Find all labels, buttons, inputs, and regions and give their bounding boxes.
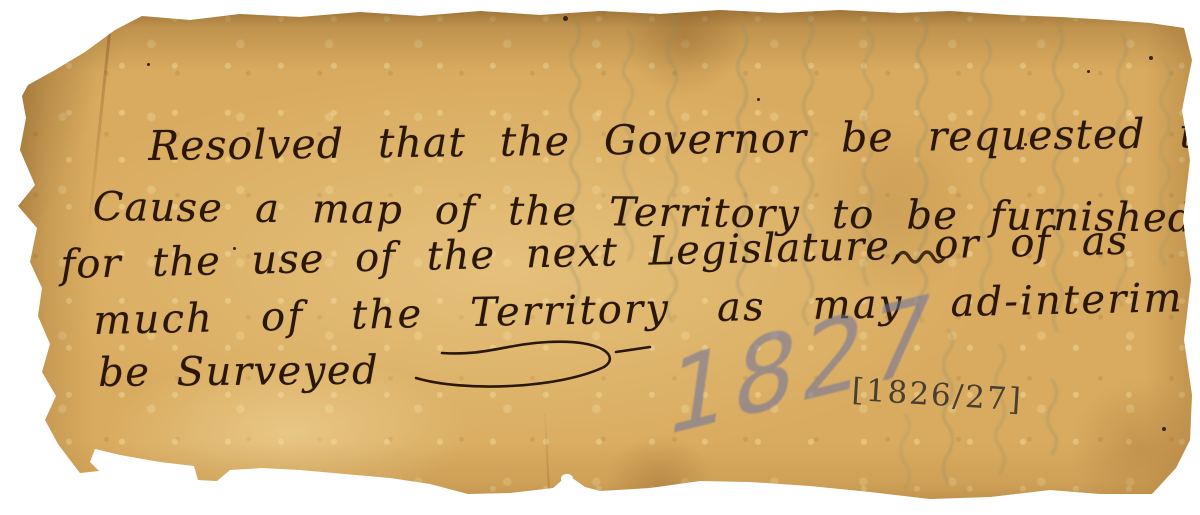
ink-speck <box>233 247 236 250</box>
ink-speck <box>1087 70 1090 73</box>
paper-hole <box>48 40 56 47</box>
fold-crease <box>544 414 550 496</box>
manuscript-paper: Resolved that the Governor be requested … <box>0 0 1200 515</box>
scanned-document: Resolved that the Governor be requested … <box>0 0 1200 515</box>
ink-speck <box>563 16 568 21</box>
ink-speck <box>757 98 760 101</box>
manuscript-line-4: much of the Territory as may ad-interim <box>93 275 1184 344</box>
ink-speck <box>318 486 322 490</box>
ink-flourish <box>408 326 658 406</box>
manuscript-line-5: be Surveyed <box>98 348 379 396</box>
ink-speck <box>147 63 150 66</box>
manuscript-line-1: Resolved that the Governor be requested … <box>148 109 1200 170</box>
ink-speck <box>1024 143 1027 146</box>
paper-hole <box>561 474 573 484</box>
ink-speck <box>1162 427 1166 431</box>
ink-speck <box>1149 56 1153 60</box>
